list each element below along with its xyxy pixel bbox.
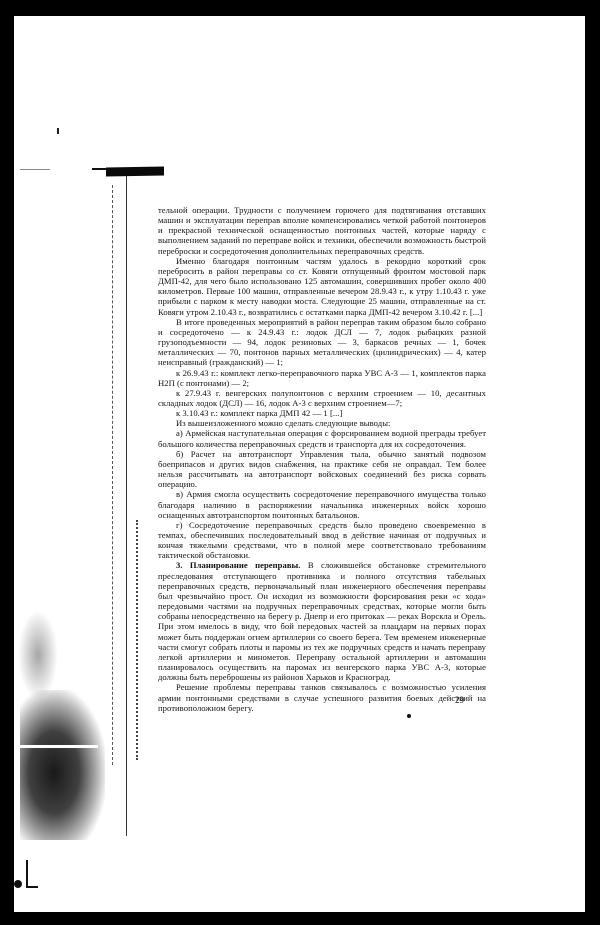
paragraph: в) Армия смогла осуществить сосредоточен… xyxy=(158,489,486,519)
page-number: 29 xyxy=(455,695,464,705)
binding-dotted-line-2 xyxy=(136,520,138,760)
paragraph: г) Сосредоточение переправочных средств … xyxy=(158,520,486,561)
scan-dash-line xyxy=(20,169,50,170)
paragraph: б) Расчет на автотранспорт Управления ты… xyxy=(158,449,486,490)
scan-smudge xyxy=(20,690,105,840)
paragraph: к 26.9.43 г.: комплект легко-переправочн… xyxy=(158,368,486,388)
scan-tick-mark xyxy=(57,128,59,134)
binding-dotted-line xyxy=(112,185,113,765)
scan-smudge-light xyxy=(18,610,58,700)
paragraph: а) Армейская наступательная операция с ф… xyxy=(158,428,486,448)
corner-blot xyxy=(14,880,22,888)
binding-line xyxy=(126,176,127,836)
corner-mark-icon xyxy=(26,860,28,888)
scan-smudge-gap xyxy=(18,745,98,748)
scan-bar xyxy=(106,166,164,176)
paragraph: Именно благодаря понтонным частям удалос… xyxy=(158,256,486,317)
paragraph: В итоге проведенных мероприятий в район … xyxy=(158,317,486,368)
paragraph: к 3.10.43 г.: комплект парка ДМП 42 — 1 … xyxy=(158,408,486,418)
section-heading: 3. Планирование переправы. xyxy=(176,560,300,570)
paragraph: Из вышеизложенного можно сделать следующ… xyxy=(158,418,486,428)
paragraph: Решение проблемы переправы танков связыв… xyxy=(158,682,486,712)
paragraph: 3. Планирование переправы. В сложившейся… xyxy=(158,560,486,682)
paragraph: к 27.9.43 г. венгерских полупонтонов с в… xyxy=(158,388,486,408)
scan-dot xyxy=(407,714,411,718)
document-body: тельной операции. Трудности с получением… xyxy=(158,205,486,713)
paragraph: тельной операции. Трудности с получением… xyxy=(158,205,486,256)
